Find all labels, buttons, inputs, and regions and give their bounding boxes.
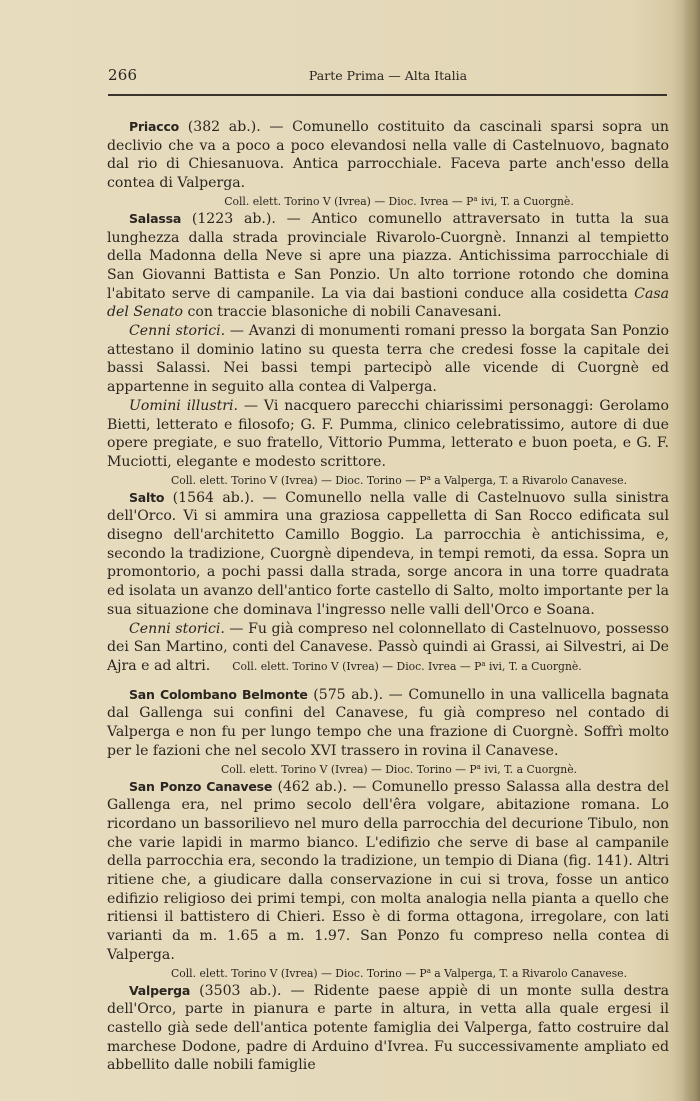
- entry-title: San Ponzo Canavese: [129, 779, 272, 794]
- entry-priacco: Priacco (382 ab.). — Comunello costituit…: [107, 118, 669, 210]
- entry-population: (575 ab.). —: [308, 687, 409, 703]
- entry-population: (1223 ab.). —: [181, 211, 311, 227]
- page-header: 266 Parte Prima — Alta Italia: [108, 66, 668, 90]
- entry-note: Coll. elett. Torino V (Ivrea) — Dioc. Iv…: [232, 660, 582, 673]
- entry-title: San Colombano Belmonte: [129, 687, 308, 702]
- entry-note: Coll. elett. Torino V (Ivrea) — Dioc. To…: [107, 761, 669, 778]
- entry-title: Salassa: [129, 211, 181, 226]
- entry-paragraph: San Ponzo Canavese (462 ab.). — Comunell…: [107, 778, 669, 965]
- running-title: Parte Prima — Alta Italia: [108, 68, 668, 83]
- entry-population: (462 ab.). —: [272, 779, 372, 795]
- page-edge-shadow: [682, 0, 700, 1101]
- entry-paragraph: San Colombano Belmonte (575 ab.). — Comu…: [107, 686, 669, 761]
- entry-paragraph: Valperga (3503 ab.). — Ridente paese app…: [107, 982, 669, 1076]
- entry-salassa: Salassa (1223 ab.). — Antico comunello a…: [107, 210, 669, 489]
- book-page: 266 Parte Prima — Alta Italia Priacco (3…: [0, 0, 700, 1101]
- entry-note: Coll. elett. Torino V (Ivrea) — Dioc. Iv…: [107, 193, 669, 210]
- entry-paragraph-cenni-storici: Cenni storici. — Avanzi di monumenti rom…: [107, 322, 669, 397]
- entry-san-ponzo-canavese: San Ponzo Canavese (462 ab.). — Comunell…: [107, 778, 669, 982]
- entry-population: (382 ab.). —: [179, 119, 292, 135]
- page-body: Priacco (382 ab.). — Comunello costituit…: [107, 118, 669, 1075]
- entry-paragraph-uomini-illustri: Uomini illustri. — Vi nacquero parecchi …: [107, 397, 669, 472]
- entry-population: (3503 ab.). —: [190, 983, 314, 999]
- entry-paragraph: Priacco (382 ab.). — Comunello costituit…: [107, 118, 669, 193]
- entry-title: Salto: [129, 490, 164, 505]
- header-rule: [108, 94, 667, 96]
- entry-paragraph: Salto (1564 ab.). — Comunello nella vall…: [107, 489, 669, 620]
- entry-san-colombano-belmonte: San Colombano Belmonte (575 ab.). — Comu…: [107, 686, 669, 778]
- entry-title: Valperga: [129, 983, 190, 998]
- entry-note: Coll. elett. Torino V (Ivrea) — Dioc. To…: [107, 965, 669, 982]
- section-label: Uomini illustri.: [129, 398, 238, 414]
- entry-valperga: Valperga (3503 ab.). — Ridente paese app…: [107, 982, 669, 1076]
- entry-salto: Salto (1564 ab.). — Comunello nella vall…: [107, 489, 669, 677]
- entry-title: Priacco: [129, 119, 179, 134]
- section-label: Cenni storici.: [129, 323, 225, 339]
- section-label: Cenni storici.: [129, 621, 225, 637]
- entry-paragraph: Salassa (1223 ab.). — Antico comunello a…: [107, 210, 669, 322]
- entry-population: (1564 ab.). —: [164, 490, 285, 506]
- entry-note: Coll. elett. Torino V (Ivrea) — Dioc. To…: [107, 472, 669, 489]
- entry-paragraph-cenni-storici: Cenni storici. — Fu già compreso nel col…: [107, 620, 669, 677]
